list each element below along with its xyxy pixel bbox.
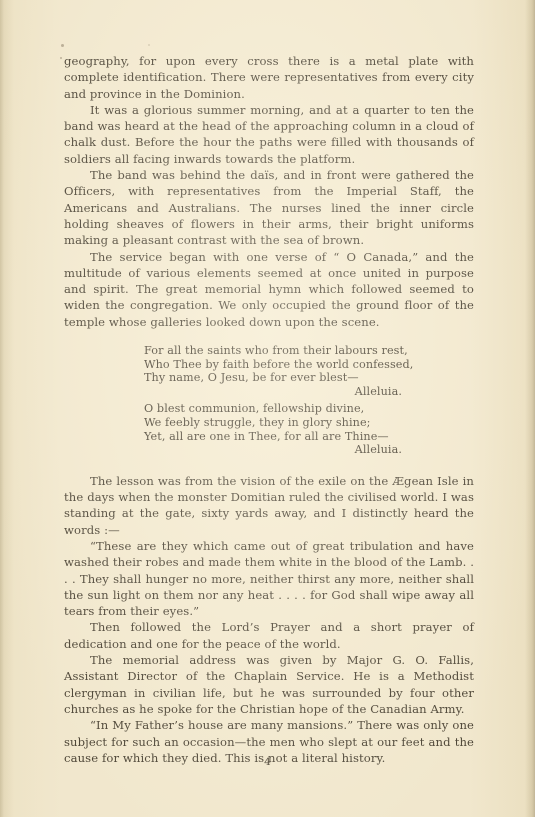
paragraph: geography, for upon every cross there is… [64, 53, 474, 102]
paragraph: The memorial address was given by Major … [64, 652, 474, 717]
hymn-line: O blest communion, fellowship divine, [144, 402, 424, 416]
document-page: geography, for upon every cross there is… [0, 0, 535, 817]
quoted-paragraph: “These are they which came out of great … [64, 538, 474, 619]
paragraph: It was a glorious summer morning, and at… [64, 102, 474, 167]
hymn-line: For all the saints who from their labour… [144, 344, 424, 358]
page-body: geography, for upon every cross there is… [64, 53, 474, 766]
paragraph: The service began with one verse of “ O … [64, 249, 474, 330]
hymn-refrain: Alleluia. [144, 385, 424, 399]
paper-speck [148, 44, 150, 46]
hymn-verse: O blest communion, fellowship divine, We… [144, 402, 424, 456]
paragraph: The lesson was from the vision of the ex… [64, 473, 474, 538]
paragraph: The band was behind the daïs, and in fro… [64, 167, 474, 248]
hymn-quote: For all the saints who from their labour… [144, 344, 424, 457]
hymn-refrain: Alleluia. [144, 443, 424, 457]
paper-speck [60, 57, 62, 59]
hymn-verse: For all the saints who from their labour… [144, 344, 424, 398]
hymn-line: Yet, all are one in Thee, for all are Th… [144, 430, 424, 444]
hymn-line: Who Thee by faith before the world confe… [144, 358, 424, 372]
paper-speck [61, 44, 64, 47]
paragraph: Then followed the Lord’s Prayer and a sh… [64, 619, 474, 652]
page-number: 4 [0, 756, 535, 768]
hymn-line: We feebly struggle, they in glory shine; [144, 416, 424, 430]
hymn-line: Thy name, O Jesu, be for ever blest— [144, 371, 424, 385]
